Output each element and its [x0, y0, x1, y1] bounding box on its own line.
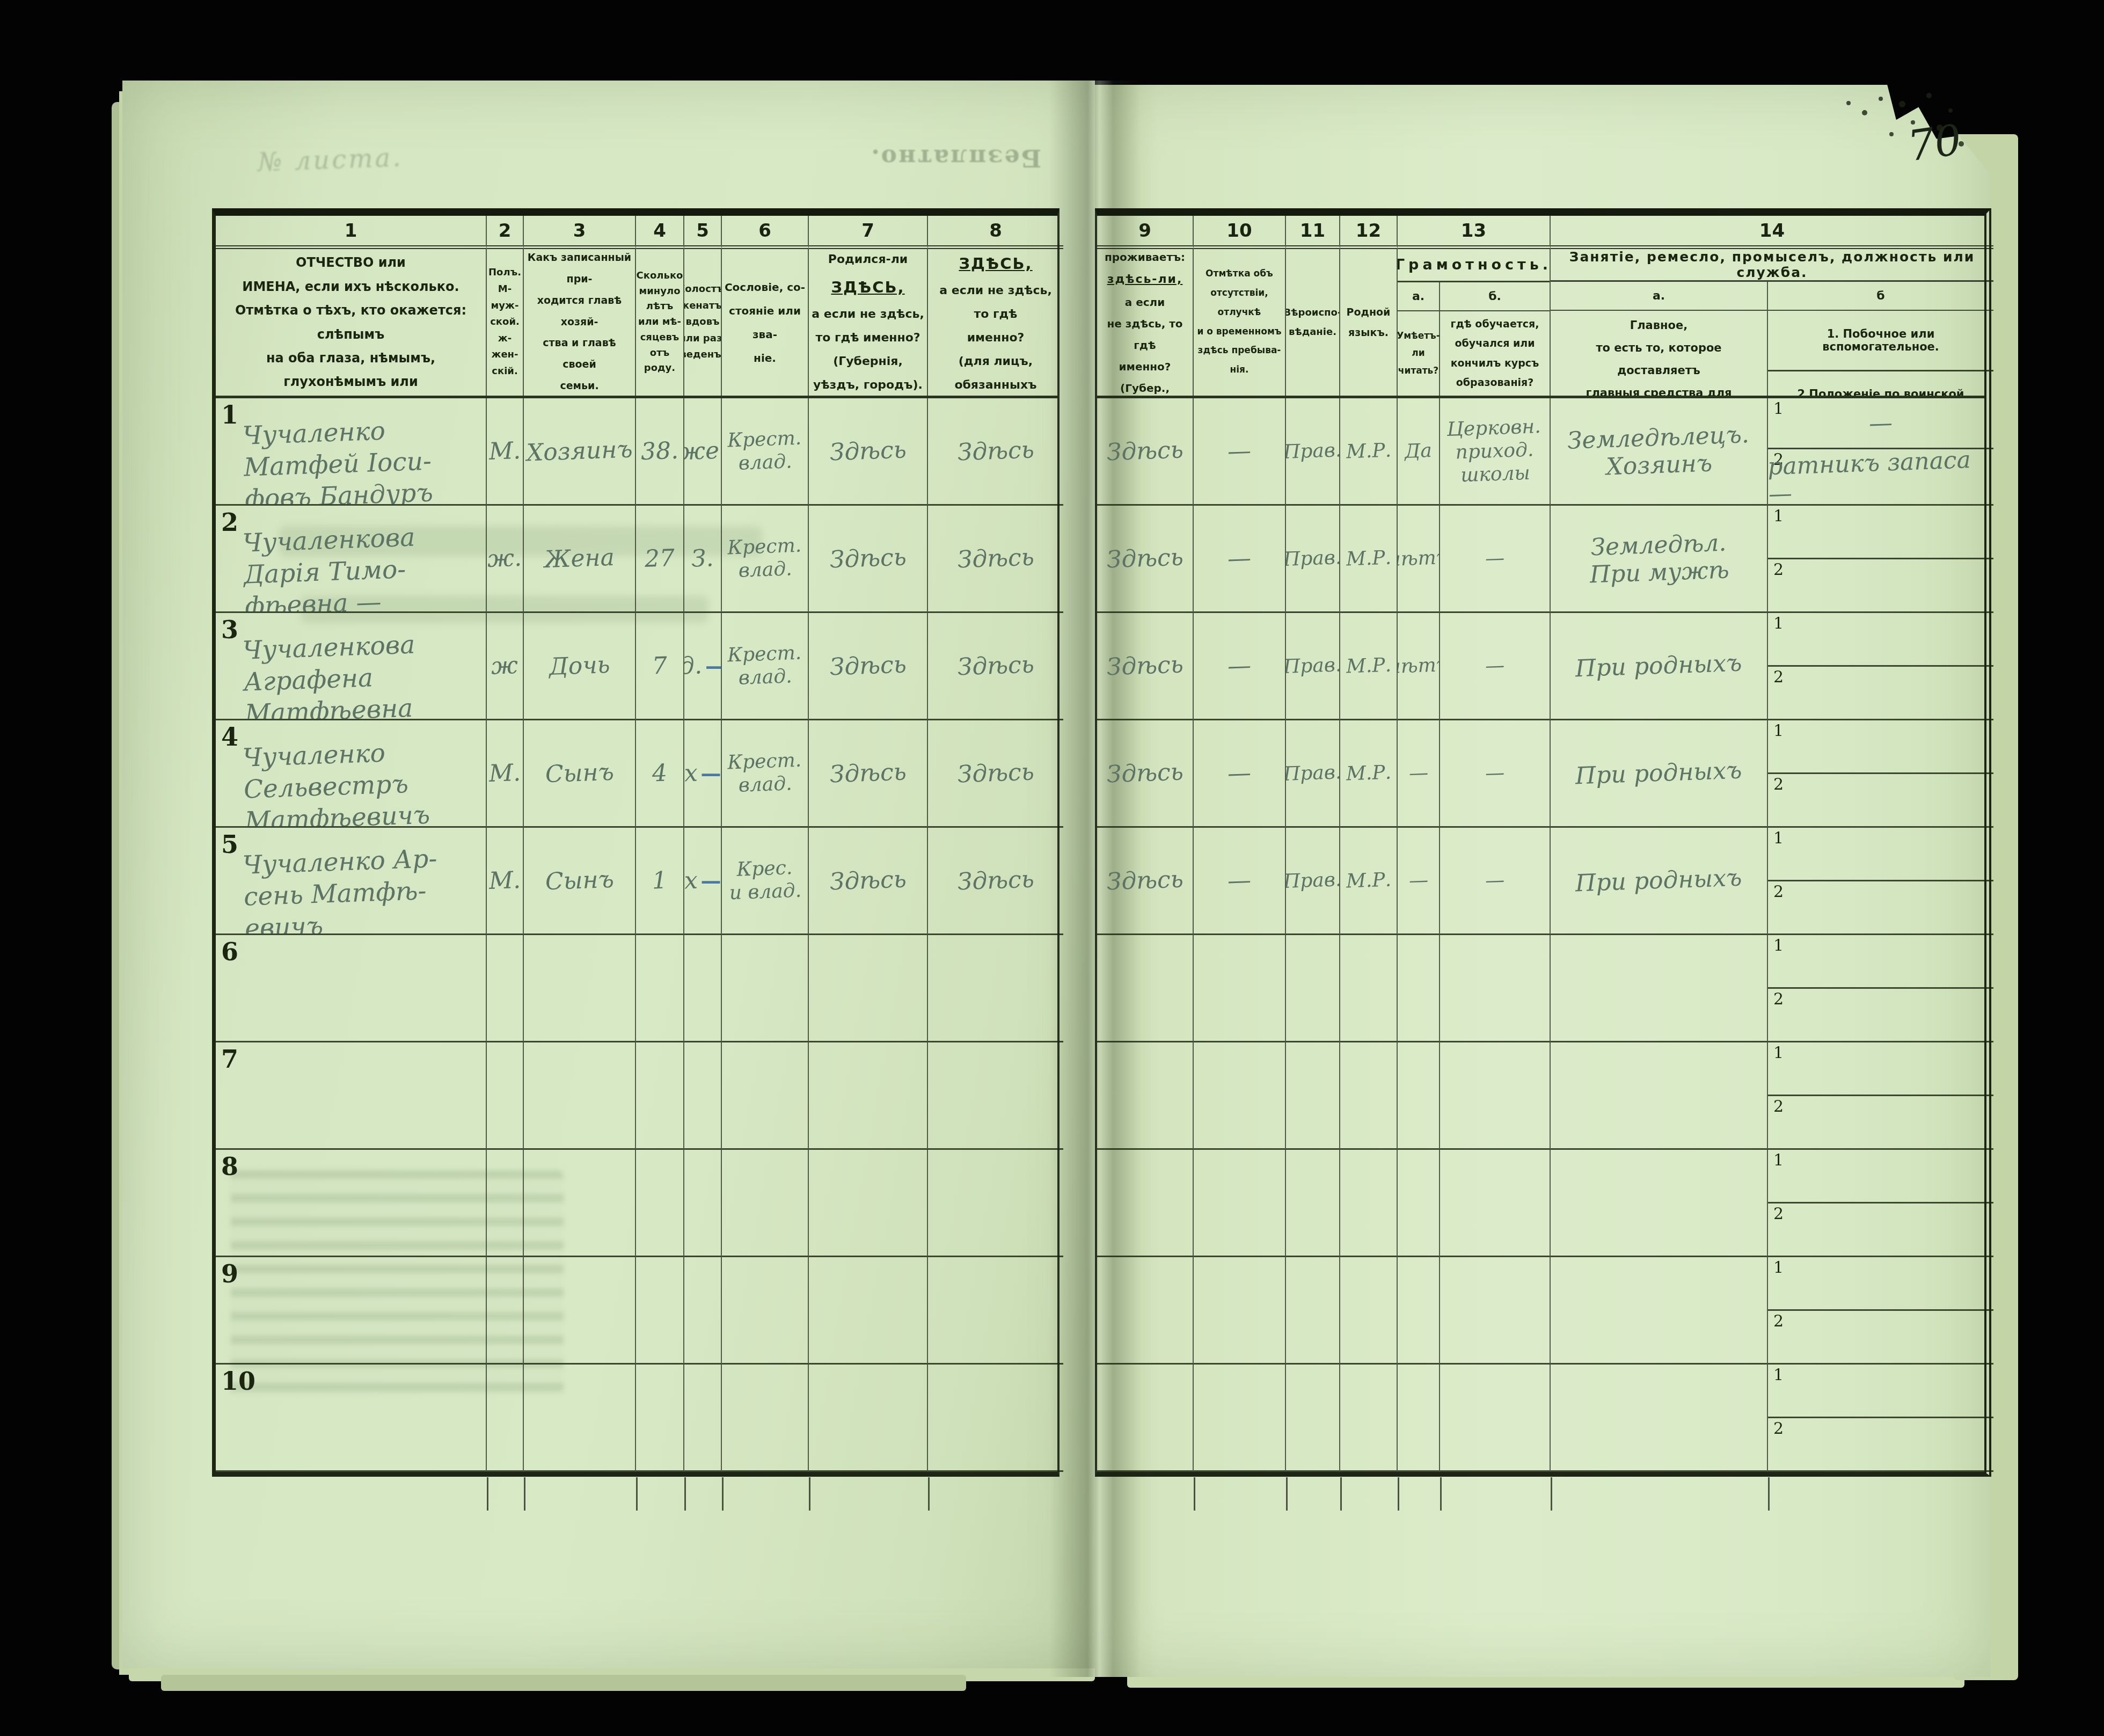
printed-sub-number: 2 — [1773, 775, 1784, 794]
cell-relation: Жена — [524, 506, 636, 613]
column-number: 14 — [1551, 216, 1993, 249]
column-number: 12 — [1340, 216, 1398, 249]
printed-sub-number: 1 — [1773, 1044, 1784, 1062]
cell-occupation-side: 12 — [1768, 613, 1993, 720]
cell-sex — [487, 1042, 524, 1150]
cell-can-read: нѣтъ — [1398, 506, 1440, 613]
cell-religion — [1286, 935, 1340, 1042]
cell-occupation-main — [1551, 1042, 1768, 1150]
cell-absence — [1194, 1150, 1286, 1257]
cell-born — [809, 1042, 928, 1150]
cell-religion: Прав. — [1286, 613, 1340, 720]
cell-registered: Здѣсь — [928, 506, 1063, 613]
header-where-studied: гдѣ обучается, обучался или кончилъ курс… — [1440, 311, 1550, 396]
census-table-right: 9 10 11 12 13 14 Гдѣ обыкновенно прожива… — [1095, 208, 1991, 1477]
table-row-left: 8 — [216, 1150, 1057, 1257]
cell-language — [1340, 1257, 1398, 1365]
header-occupation-side: 1. Побочное или вспомогательное. 2 Полож… — [1768, 311, 1993, 396]
occupation-side-1: 1— — [1768, 398, 1993, 449]
rule-tail — [636, 1477, 638, 1511]
cell-occupation-main: Земледѣлецъ. Хозяинъ — [1551, 398, 1768, 506]
occupation-side-2: 2ратникъ запаса — — [1768, 449, 1993, 504]
occupation-side-1: 1 — [1768, 1365, 1993, 1418]
cell-marital — [684, 1042, 722, 1150]
header-religion: Вѣроиспо- вѣданіе. — [1286, 249, 1340, 396]
occupation-side-2: 2 — [1768, 881, 1993, 933]
cell-religion: Прав. — [1286, 828, 1340, 935]
cell-absence: — — [1194, 720, 1286, 828]
table-row-right: Здѣсь—Прав.М.Р.ДаЦерковн. приход. школыЗ… — [1097, 398, 1984, 506]
cell-registered — [928, 1257, 1063, 1365]
cell-estate: Крест. влад. — [722, 398, 809, 506]
page-stack-edge — [161, 1675, 966, 1691]
cell-religion — [1286, 1365, 1340, 1472]
cell-language — [1340, 935, 1398, 1042]
occupation-side-2: 2 — [1768, 1418, 1993, 1470]
header-occupation-b-label: б — [1768, 282, 1993, 311]
cell-born — [809, 935, 928, 1042]
cell-born — [809, 1365, 928, 1472]
cell-sex — [487, 1257, 524, 1365]
table-row-right: 12 — [1097, 1150, 1984, 1257]
printed-sub-number: 2 — [1773, 990, 1784, 1009]
cell-marital: д.— — [684, 613, 722, 720]
cell-sex — [487, 1365, 524, 1472]
cell-resides: Здѣсь — [1097, 828, 1194, 935]
rule-tail — [809, 1477, 810, 1511]
printed-sub-number: 2 — [1773, 1312, 1784, 1331]
header-literacy-group: Грамотность. а. б. Умѣетъ- ли читать? гд… — [1398, 249, 1551, 396]
occupation-side-2: 2 — [1768, 774, 1993, 826]
cell-marital: х— — [684, 720, 722, 828]
header-literacy-b-label: б. — [1440, 282, 1550, 311]
cell-can-read: Да — [1398, 398, 1440, 506]
cell-language — [1340, 1365, 1398, 1472]
cell-age — [636, 935, 684, 1042]
handwritten-page-number: 70 — [1905, 116, 1964, 171]
cell-estate — [722, 1257, 809, 1365]
rule-tail — [524, 1477, 525, 1511]
cell-estate — [722, 935, 809, 1042]
cell-name: 8 — [216, 1150, 487, 1257]
cell-occupation-main: Земледѣл. При мужѣ — [1551, 506, 1768, 613]
cell-sex: ж — [487, 613, 524, 720]
column-number: 5 — [684, 216, 722, 249]
header-estate: Сословіе, со- стояніе или зва- ніе. — [722, 249, 809, 396]
occupation-side-1: 1 — [1768, 506, 1993, 559]
cell-born: Здѣсь — [809, 398, 928, 506]
cell-born — [809, 1257, 928, 1365]
cell-religion — [1286, 1257, 1340, 1365]
cell-occupation-main — [1551, 1150, 1768, 1257]
occupation-side-2: 2 — [1768, 559, 1993, 611]
header-row: Гдѣ обыкновенно проживаетъ:здѣсь-ли, а е… — [1097, 249, 1984, 398]
column-number: 2 — [487, 216, 524, 249]
header-marital: Холостъ, женатъ, вдовъ или раз- веденъ. — [684, 249, 722, 396]
table-row-left: 10 — [216, 1365, 1057, 1472]
cell-born: Здѣсь — [809, 828, 928, 935]
column-number: 11 — [1286, 216, 1340, 249]
cell-language — [1340, 1150, 1398, 1257]
cell-resides — [1097, 935, 1194, 1042]
cell-religion: Прав. — [1286, 506, 1340, 613]
column-number: 4 — [636, 216, 684, 249]
table-row-right: Здѣсь—Прав.М.Р.нѣтъ—Земледѣл. При мужѣ12 — [1097, 506, 1984, 613]
occupation-side-2: 2 — [1768, 1203, 1993, 1256]
cell-religion — [1286, 1042, 1340, 1150]
cell-registered: Здѣсь — [928, 613, 1063, 720]
header-occupation-side-2: 2 Положеніе по воинской повинности. — [1768, 371, 1993, 396]
table-row-right: 12 — [1097, 1042, 1984, 1150]
cell-can-read — [1398, 1365, 1440, 1472]
cell-age: 7 — [636, 613, 684, 720]
cell-resides — [1097, 1365, 1194, 1472]
cell-name: 2Чучаленкова Дарія Тимо- фѣевна — — [216, 506, 487, 613]
rule-tail — [722, 1477, 724, 1511]
column-number: 7 — [809, 216, 928, 249]
cell-can-read: — — [1398, 720, 1440, 828]
cell-born — [809, 1150, 928, 1257]
cell-estate — [722, 1365, 809, 1472]
column-number: 13 — [1398, 216, 1551, 249]
cell-registered: Здѣсь — [928, 828, 1063, 935]
cell-where-studied: — — [1440, 828, 1551, 935]
cell-where-studied — [1440, 1257, 1551, 1365]
cell-where-studied: — — [1440, 613, 1551, 720]
row-number: 10 — [221, 1367, 255, 1396]
cell-relation — [524, 1042, 636, 1150]
header-literacy-title: Грамотность. — [1398, 249, 1550, 282]
cell-estate: Крест. влад. — [722, 506, 809, 613]
cell-absence — [1194, 1365, 1286, 1472]
rule-tail — [928, 1477, 930, 1511]
ghost-text-bezplatno: Безплатно. — [816, 144, 1041, 171]
row-number: 8 — [221, 1152, 238, 1181]
occupation-side-1: 1 — [1768, 1042, 1993, 1096]
census-form-scan: Безплатно. № листа. 70 1 2 3 4 5 6 7 8 Ф… — [0, 0, 2104, 1736]
cell-language: М.Р. — [1340, 398, 1398, 506]
row-number: 1 — [221, 400, 238, 429]
occupation-side-2: 2 — [1768, 1096, 1993, 1148]
rule-tail — [1286, 1477, 1288, 1511]
table-row-right: 12 — [1097, 1257, 1984, 1365]
printed-sub-number: 1 — [1773, 507, 1784, 526]
header-literacy-a-label: а. — [1398, 282, 1440, 311]
cell-marital: же. — [684, 398, 722, 506]
cell-can-read — [1398, 1042, 1440, 1150]
cell-relation: Сынъ — [524, 720, 636, 828]
cell-marital — [684, 1150, 722, 1257]
cell-occupation-side: 12 — [1768, 1042, 1993, 1150]
cell-registered: Здѣсь — [928, 720, 1063, 828]
table-row-left: 9 — [216, 1257, 1057, 1365]
column-number-row: 1 2 3 4 5 6 7 8 — [216, 216, 1057, 249]
cell-name: 1Чучаленко Матфей Іоси- фовъ Бандуръ — [216, 398, 487, 506]
header-relation: Какъ записанный при- ходится главѣ хозяй… — [524, 249, 636, 396]
cell-estate: Крес. и влад. — [722, 828, 809, 935]
table-row-right: 12 — [1097, 935, 1984, 1042]
printed-sub-number: 1 — [1773, 721, 1784, 740]
header-can-read: Умѣетъ- ли читать? — [1398, 311, 1440, 396]
cell-sex: М. — [487, 720, 524, 828]
cell-registered — [928, 1150, 1063, 1257]
row-number: 9 — [221, 1259, 238, 1288]
cell-absence — [1194, 1257, 1286, 1365]
occupation-side-1: 1 — [1768, 1257, 1993, 1311]
cell-marital: З. — [684, 506, 722, 613]
rule-tail — [1398, 1477, 1399, 1511]
cell-born: Здѣсь — [809, 613, 928, 720]
cell-age: 27 — [636, 506, 684, 613]
cell-registered: Здѣсь — [928, 398, 1063, 506]
printed-sub-number: 2 — [1773, 1205, 1784, 1223]
cell-language: М.Р. — [1340, 506, 1398, 613]
column-number: 6 — [722, 216, 809, 249]
column-number-row: 9 10 11 12 13 14 — [1097, 216, 1984, 249]
cell-language — [1340, 1042, 1398, 1150]
cell-where-studied: — — [1440, 720, 1551, 828]
cell-age — [636, 1150, 684, 1257]
row-number: 3 — [221, 615, 238, 644]
cell-absence: — — [1194, 613, 1286, 720]
cell-born: Здѣсь — [809, 506, 928, 613]
header-row: ФАМИЛІЯ, (прозвище), ИМЯ и ОТЧЕСТВО или … — [216, 249, 1057, 398]
table-row-right: Здѣсь—Прав.М.Р.——При родныхъ12 — [1097, 720, 1984, 828]
cell-age — [636, 1365, 684, 1472]
cell-relation: Хозяинъ — [524, 398, 636, 506]
cell-occupation-side: 12 — [1768, 1150, 1993, 1257]
occupation-side-1: 1 — [1768, 720, 1993, 774]
cell-can-read: — — [1398, 828, 1440, 935]
cell-marital — [684, 1257, 722, 1365]
cell-religion: Прав. — [1286, 398, 1340, 506]
row-number: 7 — [221, 1045, 238, 1074]
cell-occupation-side: 12 — [1768, 1257, 1993, 1365]
table-row-right: Здѣсь—Прав.М.Р.——При родныхъ12 — [1097, 828, 1984, 935]
cell-occupation-side: 12 — [1768, 506, 1993, 613]
column-number: 9 — [1097, 216, 1194, 249]
cell-estate: Крест. влад. — [722, 720, 809, 828]
cell-can-read — [1398, 1257, 1440, 1365]
cell-name: 10 — [216, 1365, 487, 1472]
cell-absence: — — [1194, 398, 1286, 506]
row-number: 5 — [221, 830, 238, 859]
cell-occupation-main — [1551, 1257, 1768, 1365]
cell-occupation-side: 1—2ратникъ запаса — — [1768, 398, 1993, 506]
cell-relation — [524, 1365, 636, 1472]
cell-can-read: нѣтъ — [1398, 613, 1440, 720]
printed-sub-number: 2 — [1773, 668, 1784, 687]
table-row-left: 5Чучаленко Ар- сень Матфѣ- евичъМ.Сынъ1х… — [216, 828, 1057, 935]
cell-sex: М. — [487, 828, 524, 935]
cell-absence — [1194, 935, 1286, 1042]
printed-sub-number: 2 — [1773, 1097, 1784, 1116]
cell-resides: Здѣсь — [1097, 506, 1194, 613]
cell-religion — [1286, 1150, 1340, 1257]
cell-absence — [1194, 1042, 1286, 1150]
cell-relation — [524, 1150, 636, 1257]
header-residence: Гдѣ обыкновенно проживаетъ:здѣсь-ли, а е… — [1097, 249, 1194, 396]
cell-where-studied — [1440, 1365, 1551, 1472]
cell-occupation-main — [1551, 935, 1768, 1042]
rule-tail — [1340, 1477, 1342, 1511]
right-table-body: Здѣсь—Прав.М.Р.ДаЦерковн. приход. школыЗ… — [1097, 398, 1984, 1472]
cell-name: 7 — [216, 1042, 487, 1150]
row-number: 4 — [221, 723, 238, 752]
rule-tail — [1194, 1477, 1195, 1511]
cell-where-studied: — — [1440, 506, 1551, 613]
cell-language: М.Р. — [1340, 720, 1398, 828]
cell-registered — [928, 1042, 1063, 1150]
occupation-side-2: 2 — [1768, 667, 1993, 719]
cell-religion: Прав. — [1286, 720, 1340, 828]
printed-sub-number: 2 — [1773, 560, 1784, 579]
cell-age — [636, 1257, 684, 1365]
rule-tail — [487, 1477, 488, 1511]
rule-tail — [684, 1477, 686, 1511]
cell-relation: Сынъ — [524, 828, 636, 935]
table-row-left: 1Чучаленко Матфей Іоси- фовъ БандуръМ.Хо… — [216, 398, 1057, 506]
rule-tail — [1440, 1477, 1442, 1511]
cell-name: 6 — [216, 935, 487, 1042]
cell-can-read — [1398, 935, 1440, 1042]
printed-sub-number: 2 — [1773, 882, 1784, 901]
header-occupation-title: Занятіе, ремесло, промыселъ, должность и… — [1551, 249, 1993, 282]
cell-name: 3Чучаленкова Аграфена Матфѣевна — [216, 613, 487, 720]
header-occupation-side-1: 1. Побочное или вспомогательное. — [1768, 311, 1993, 371]
header-occupation-group: Занятіе, ремесло, промыселъ, должность и… — [1551, 249, 1993, 396]
cell-relation — [524, 935, 636, 1042]
cell-resides — [1097, 1150, 1194, 1257]
rule-tail — [1551, 1477, 1552, 1511]
row-number: 6 — [221, 937, 238, 966]
cell-name: 5Чучаленко Ар- сень Матфѣ- евичъ — [216, 828, 487, 935]
cell-resides — [1097, 1042, 1194, 1150]
cell-occupation-side: 12 — [1768, 1365, 1993, 1472]
cell-sex — [487, 1150, 524, 1257]
printed-sub-number: 2 — [1773, 1419, 1784, 1438]
cell-resides — [1097, 1257, 1194, 1365]
column-number: 1 — [216, 216, 487, 249]
cell-resides: Здѣсь — [1097, 398, 1194, 506]
cell-age: 38. — [636, 398, 684, 506]
table-row-left: 7 — [216, 1042, 1057, 1150]
table-row-left: 2Чучаленкова Дарія Тимо- фѣевна —ж.Жена2… — [216, 506, 1057, 613]
header-absence-note: Отмѣтка объ отсутствіи, отлучкѣ и о врем… — [1194, 249, 1286, 396]
header-registered: Приписанъ-ли ЗДѢСЬ, а если не здѣсь, то … — [928, 249, 1063, 396]
table-row-left: 4Чучаленко Сельвестръ МатфѣевичъМ.Сынъ4х… — [216, 720, 1057, 828]
cell-name: 9 — [216, 1257, 487, 1365]
cell-name: 4Чучаленко Сельвестръ Матфѣевичъ — [216, 720, 487, 828]
cell-occupation-main: При родныхъ — [1551, 828, 1768, 935]
cell-registered — [928, 935, 1063, 1042]
cell-resides: Здѣсь — [1097, 720, 1194, 828]
header-sex: Полъ. М-муж- ской. ж-жен- скій. — [487, 249, 524, 396]
cell-age: 4 — [636, 720, 684, 828]
cell-sex — [487, 935, 524, 1042]
cell-age: 1 — [636, 828, 684, 935]
cell-absence: — — [1194, 506, 1286, 613]
cell-occupation-side: 12 — [1768, 828, 1993, 935]
rule-tail — [1768, 1477, 1770, 1511]
column-number: 3 — [524, 216, 636, 249]
printed-sub-number: 1 — [1773, 614, 1784, 633]
cell-occupation-main: При родныхъ — [1551, 720, 1768, 828]
cell-resides: Здѣсь — [1097, 613, 1194, 720]
cell-relation: Дочь — [524, 613, 636, 720]
cell-estate — [722, 1150, 809, 1257]
occupation-side-2: 2 — [1768, 1311, 1993, 1363]
cell-relation — [524, 1257, 636, 1365]
table-row-left: 3Чучаленкова Аграфена МатфѣевнажДочь7д.—… — [216, 613, 1057, 720]
cell-sex: ж. — [487, 506, 524, 613]
printed-sub-number: 1 — [1773, 1258, 1784, 1277]
printed-sub-number: 1 — [1773, 936, 1784, 955]
left-table-body: 1Чучаленко Матфей Іоси- фовъ БандуръМ.Хо… — [216, 398, 1057, 1472]
header-name: ФАМИЛІЯ, (прозвище), ИМЯ и ОТЧЕСТВО или … — [216, 249, 487, 396]
blue-correction-mark: — — [700, 869, 721, 893]
cell-occupation-side: 12 — [1768, 720, 1993, 828]
cell-where-studied — [1440, 1042, 1551, 1150]
cell-occupation-main — [1551, 1365, 1768, 1472]
header-language: Родной языкъ. — [1340, 249, 1398, 396]
cell-estate: Крест. влад. — [722, 613, 809, 720]
cell-marital: х— — [684, 828, 722, 935]
cell-estate — [722, 1042, 809, 1150]
printed-sub-number: 1 — [1773, 1151, 1784, 1170]
cell-where-studied — [1440, 1150, 1551, 1257]
cell-occupation-side: 12 — [1768, 935, 1993, 1042]
cell-language: М.Р. — [1340, 613, 1398, 720]
blue-correction-mark: — — [705, 654, 722, 678]
occupation-side-1: 1 — [1768, 613, 1993, 667]
cell-where-studied — [1440, 935, 1551, 1042]
occupation-side-2: 2 — [1768, 989, 1993, 1041]
table-row-right: 12 — [1097, 1365, 1984, 1472]
paper-speckles — [1879, 97, 1883, 101]
printed-sub-number: 1 — [1773, 399, 1784, 418]
cell-marital — [684, 935, 722, 1042]
cell-sex: М. — [487, 398, 524, 506]
row-number: 2 — [221, 508, 238, 537]
table-row-left: 6 — [216, 935, 1057, 1042]
occupation-side-1: 1 — [1768, 935, 1993, 989]
table-row-right: Здѣсь—Прав.М.Р.нѣтъ—При родныхъ12 — [1097, 613, 1984, 720]
column-number: 8 — [928, 216, 1063, 249]
header-birthplace: Родился-ли ЗДѢСЬ, а если не здѣсь, то гд… — [809, 249, 928, 396]
cell-marital — [684, 1365, 722, 1472]
printed-sub-number: 1 — [1773, 1366, 1784, 1384]
header-occupation-main: Главное, то есть то, которое доставляетъ… — [1551, 311, 1768, 396]
printed-sub-number: 1 — [1773, 829, 1784, 848]
cell-registered — [928, 1365, 1063, 1472]
cell-where-studied: Церковн. приход. школы — [1440, 398, 1551, 506]
blue-correction-mark: — — [700, 762, 721, 785]
column-number: 10 — [1194, 216, 1286, 249]
ghost-text-list-number: № листа. — [257, 142, 403, 177]
occupation-side-1: 1 — [1768, 1150, 1993, 1203]
occupation-side-1: 1 — [1768, 828, 1993, 881]
cell-can-read — [1398, 1150, 1440, 1257]
census-table-left: 1 2 3 4 5 6 7 8 ФАМИЛІЯ, (прозвище), ИМЯ… — [212, 208, 1060, 1477]
cell-language: М.Р. — [1340, 828, 1398, 935]
cell-born: Здѣсь — [809, 720, 928, 828]
header-age: Сколько минуло лѣтъ или мѣ- сяцевъ отъ р… — [636, 249, 684, 396]
cell-age — [636, 1042, 684, 1150]
header-occupation-a-label: а. — [1551, 282, 1768, 311]
cell-absence: — — [1194, 828, 1286, 935]
cell-occupation-main: При родныхъ — [1551, 613, 1768, 720]
